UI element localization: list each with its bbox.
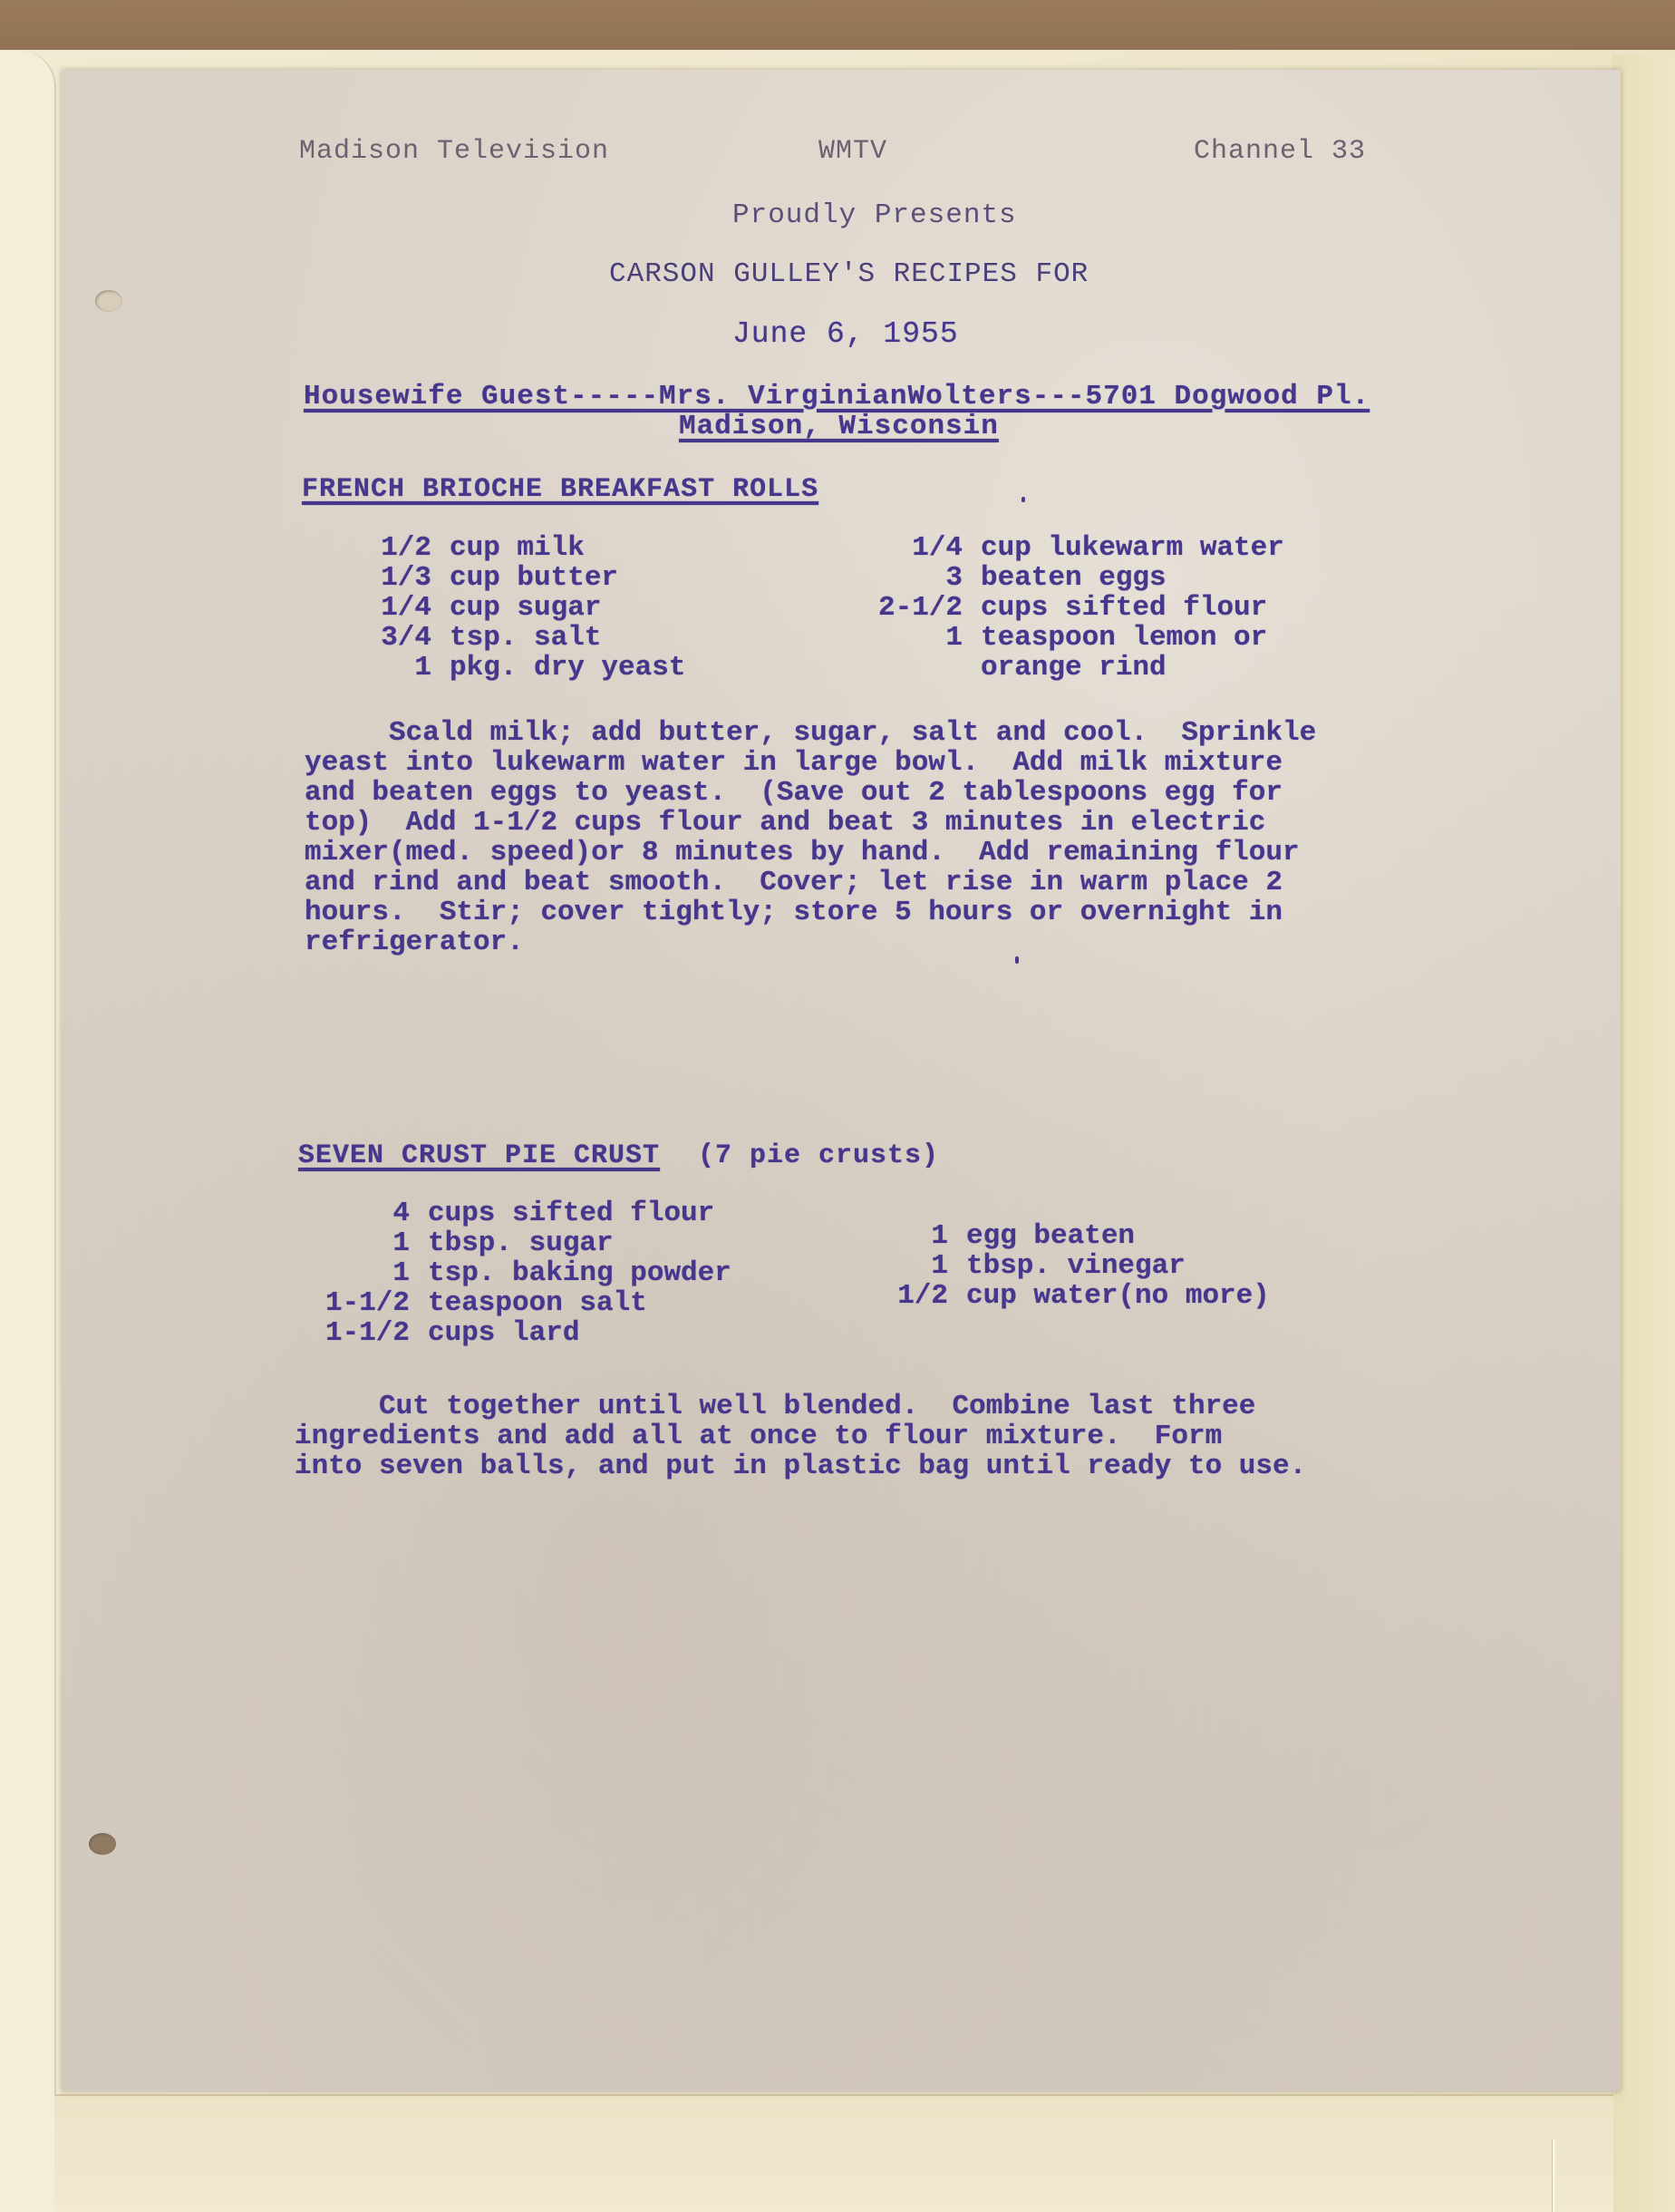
direction-line: yeast into lukewarm water in large bowl.… [305, 748, 1316, 778]
header-station-name: Madison Television [299, 136, 609, 167]
ingredient-item: cups sifted flour [981, 593, 1267, 623]
folder-right-edge [1612, 54, 1675, 2212]
ingredient-row: 1teaspoon lemon or [852, 623, 1284, 653]
ingredient-item: cup lukewarm water [981, 533, 1284, 563]
ingredient-row: 1/3cup butter [344, 563, 685, 593]
ingredient-row: 1tbsp. vinegar [872, 1251, 1270, 1281]
document-title: CARSON GULLEY'S RECIPES FOR [609, 258, 1089, 290]
ingredient-row: 1/4cup sugar [344, 593, 685, 623]
recipe-title-brioche: FRENCH BRIOCHE BREAKFAST ROLLS [302, 474, 818, 505]
ingredient-qty: 1/3 [344, 563, 431, 593]
recipe-title-pie-crust: SEVEN CRUST PIE CRUST [298, 1140, 660, 1171]
punch-hole-bottom [89, 1833, 116, 1855]
direction-line: ingredients and add all at once to flour… [295, 1421, 1306, 1451]
ingredient-row: 1/2cup water(no more) [872, 1281, 1270, 1311]
recipe-yield-note: (7 pie crusts) [698, 1140, 939, 1171]
ingredient-item: teaspoon salt [428, 1288, 647, 1318]
directions-brioche: Scald milk; add butter, sugar, salt and … [305, 718, 1316, 957]
direction-line: top) Add 1-1/2 cups flour and beat 3 min… [305, 808, 1316, 838]
ingredient-item: cup milk [450, 533, 585, 563]
direction-line: refrigerator. [305, 927, 1316, 957]
ingredient-row: 3beaten eggs [852, 563, 1284, 593]
ingredient-item: beaten eggs [981, 563, 1167, 593]
ingredients-brioche-right: 1/4cup lukewarm water 3beaten eggs 2-1/2… [852, 533, 1284, 683]
ingredient-qty: 1 [872, 1221, 948, 1251]
ingredient-item: tsp. salt [450, 623, 601, 653]
ingredient-qty: 1 [308, 1228, 410, 1258]
ingredient-item: tbsp. sugar [428, 1228, 614, 1258]
ingredient-qty: 3 [852, 563, 963, 593]
ingredient-row: 1-1/2teaspoon salt [308, 1288, 731, 1318]
ink-speck [1021, 497, 1025, 502]
ingredient-row: orange rind [852, 653, 1284, 683]
ingredient-item: cup butter [450, 563, 618, 593]
ingredient-row: 1/2cup milk [344, 533, 685, 563]
ingredients-pie-left: 4cups sifted flour 1tbsp. sugar 1tsp. ba… [308, 1198, 731, 1348]
ingredient-qty: 1 [344, 653, 431, 683]
ink-speck [1015, 956, 1019, 964]
ingredient-qty [852, 653, 963, 683]
guest-line: Housewife Guest-----Mrs. VirginianWolter… [304, 381, 1370, 412]
ingredient-qty: 1 [308, 1258, 410, 1288]
ingredient-qty: 1-1/2 [308, 1288, 410, 1318]
ingredient-row: 1pkg. dry yeast [344, 653, 685, 683]
presents-line: Proudly Presents [732, 199, 1017, 231]
direction-line: into seven balls, and put in plastic bag… [295, 1451, 1306, 1481]
ingredient-item: orange rind [981, 653, 1167, 683]
directions-pie-crust: Cut together until well blended. Combine… [295, 1392, 1306, 1481]
ingredient-qty: 2-1/2 [852, 593, 963, 623]
ingredient-row: 1tsp. baking powder [308, 1258, 731, 1288]
ingredients-pie-right: 1egg beaten 1tbsp. vinegar 1/2cup water(… [872, 1221, 1270, 1311]
ingredient-qty: 1-1/2 [308, 1318, 410, 1348]
folder-left-flap [0, 51, 56, 2212]
ingredient-row: 1/4cup lukewarm water [852, 533, 1284, 563]
ingredient-item: egg beaten [966, 1221, 1135, 1251]
ingredient-row: 3/4tsp. salt [344, 623, 685, 653]
ingredient-item: tsp. baking powder [428, 1258, 731, 1288]
direction-line: hours. Stir; cover tightly; store 5 hour… [305, 897, 1316, 927]
ingredient-item: cup sugar [450, 593, 601, 623]
direction-line: Cut together until well blended. Combine… [295, 1392, 1306, 1421]
ingredient-qty: 1/4 [344, 593, 431, 623]
ingredient-qty: 1/2 [344, 533, 431, 563]
direction-line: and beaten eggs to yeast. (Save out 2 ta… [305, 778, 1316, 808]
ingredient-qty: 1/2 [872, 1281, 948, 1311]
ingredient-row: 1egg beaten [872, 1221, 1270, 1251]
direction-line: and rind and beat smooth. Cover; let ris… [305, 868, 1316, 897]
tabletop [0, 0, 1675, 53]
ingredient-item: teaspoon lemon or [981, 623, 1267, 653]
direction-line: Scald milk; add butter, sugar, salt and … [305, 718, 1316, 748]
ingredient-row: 1tbsp. sugar [308, 1228, 731, 1258]
ingredient-row: 2-1/2cups sifted flour [852, 593, 1284, 623]
guest-city: Madison, Wisconsin [679, 411, 999, 442]
ingredient-item: cup water(no more) [966, 1281, 1270, 1311]
ingredient-row: 4cups sifted flour [308, 1198, 731, 1228]
ingredient-qty: 1/4 [852, 533, 963, 563]
ingredient-qty: 4 [308, 1198, 410, 1228]
typed-page [62, 70, 1621, 2091]
ingredient-row: 1-1/2cups lard [308, 1318, 731, 1348]
ingredient-item: pkg. dry yeast [450, 653, 685, 683]
folder-bottom-edge [54, 2094, 1613, 2212]
header-channel: Channel 33 [1194, 136, 1366, 167]
ingredient-item: cups sifted flour [428, 1198, 714, 1228]
ingredients-brioche-left: 1/2cup milk 1/3cup butter 1/4cup sugar 3… [344, 533, 685, 683]
ingredient-qty: 3/4 [344, 623, 431, 653]
ingredient-qty: 1 [852, 623, 963, 653]
ingredient-item: tbsp. vinegar [966, 1251, 1186, 1281]
ingredient-item: cups lard [428, 1318, 579, 1348]
ingredient-qty: 1 [872, 1251, 948, 1281]
header-call-sign: WMTV [818, 136, 887, 167]
page-shadow [62, 70, 1621, 2091]
document-date: June 6, 1955 [732, 317, 959, 351]
punch-hole-top [95, 290, 122, 312]
direction-line: mixer(med. speed)or 8 minutes by hand. A… [305, 838, 1316, 868]
folder-tab-divider [1552, 2139, 1555, 2212]
